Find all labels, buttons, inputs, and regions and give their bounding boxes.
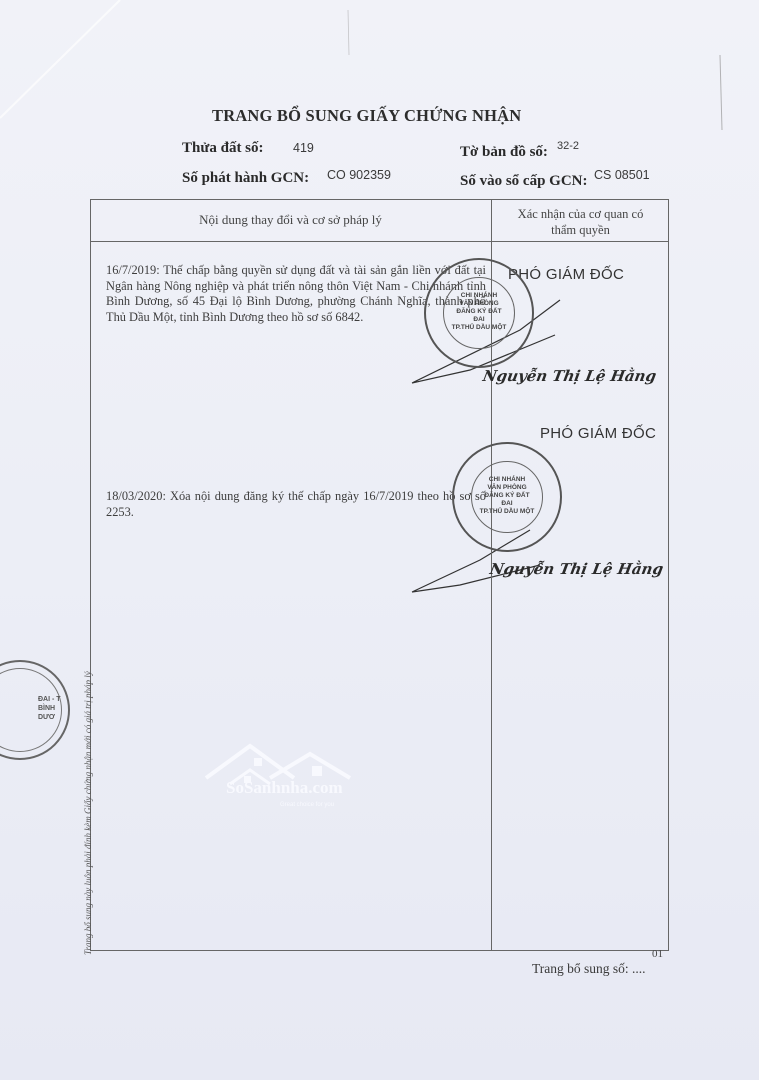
entry-2-role: PHÓ GIÁM ĐỐC <box>540 425 656 442</box>
document-title: TRANG BỔ SUNG GIẤY CHỨNG NHẬN <box>212 106 562 126</box>
entry-2-signer-name: Nguyễn Thị Lệ Hằng <box>488 560 664 578</box>
watermark-brand: SoSanhnha.com <box>226 778 343 798</box>
entry-1-role: PHÓ GIÁM ĐỐC <box>508 266 624 283</box>
table-header-divider <box>90 241 669 242</box>
table-header-confirmation: Xác nhận của cơ quan có thẩm quyền <box>492 206 669 238</box>
registry-number-label: Số vào sổ cấp GCN: <box>460 173 588 190</box>
issue-number-value: CO 902359 <box>327 168 391 182</box>
entry-2-stamp-text: CHI NHÁNH VĂN PHÒNG ĐĂNG KÝ ĐẤT ĐAI TP.T… <box>479 476 535 516</box>
table-row-entry-2-text: 18/03/2020: Xóa nội dung đăng ký thế chấ… <box>106 489 486 520</box>
side-legal-note: Trang bổ sung này luôn phải đính kèm Giấ… <box>83 671 93 955</box>
parcel-number-value: 419 <box>293 141 314 155</box>
entry-1-stamp-text: CHI NHÁNH VĂN PHÒNG ĐĂNG KÝ ĐẤT ĐAI TP.T… <box>451 292 507 332</box>
supplement-page-footer: Trang bổ sung số: .... <box>532 961 646 977</box>
map-sheet-label: Tờ bản đồ số: <box>460 144 548 161</box>
table-header-changes: Nội dung thay đổi và cơ sở pháp lý <box>90 212 491 228</box>
parcel-number-label: Thửa đất số: <box>182 140 264 157</box>
issue-number-label: Số phát hành GCN: <box>182 170 309 187</box>
watermark-tagline: Great choice for you <box>280 802 334 808</box>
watermark-logo: SoSanhnha.com Great choice for you <box>200 738 360 818</box>
entry-1-signer-name: Nguyễn Thị Lệ Hằng <box>481 367 657 385</box>
registry-number-value: CS 08501 <box>594 168 650 182</box>
header-confirmation-line2: thẩm quyền <box>492 222 669 238</box>
edge-stamp-text: ĐAI - T BÌNH DƯƠ <box>38 695 61 722</box>
page-number: 01 <box>652 948 663 960</box>
map-sheet-value: 32-2 <box>557 140 579 152</box>
header-confirmation-line1: Xác nhận của cơ quan có <box>492 206 669 222</box>
